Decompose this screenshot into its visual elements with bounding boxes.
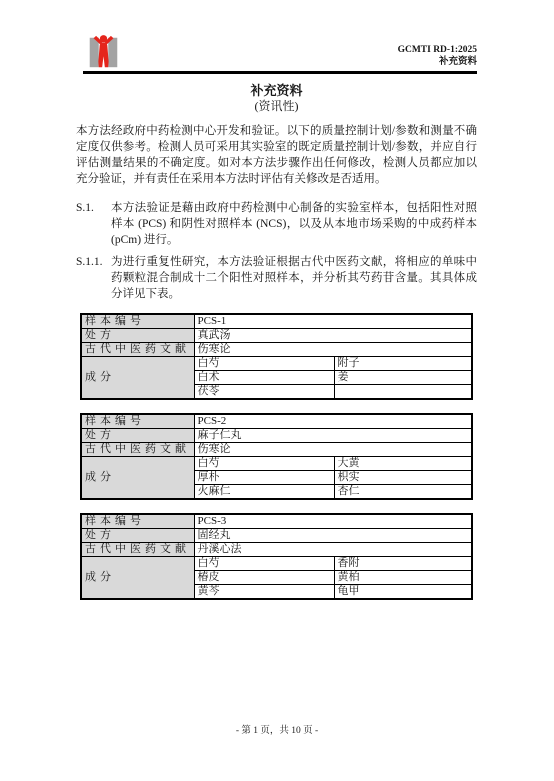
value-prescription: 真武汤 [194,328,472,342]
page-number-footer: - 第 1 页，共 10 页 - [0,722,554,736]
ingredient-cell [334,384,472,399]
ingredient-cell: 枳实 [334,470,472,484]
value-literature: 伤寒论 [194,442,472,456]
value-sample-no: PCS-2 [194,414,472,429]
ingredient-cell: 大黄 [334,456,472,470]
value-literature: 丹溪心法 [194,542,472,556]
sample-table-pcs1: 样本编号 PCS-1 处方 真武汤 古代中医药文献 伤寒论 成分 白芍 附子 白… [80,313,473,400]
section-number: S.1. [76,200,111,248]
table-row: 样本编号 PCS-3 [81,514,472,529]
table-row: 成分 白芍 附子 [81,356,472,370]
ingredient-cell: 黄芩 [194,584,334,599]
value-literature: 伤寒论 [194,342,472,356]
table-row: 处方 麻子仁丸 [81,428,472,442]
label-prescription: 处方 [81,328,194,342]
ingredient-cell: 姜 [334,370,472,384]
value-sample-no: PCS-3 [194,514,472,529]
value-prescription: 麻子仁丸 [194,428,472,442]
ingredient-cell: 椿皮 [194,570,334,584]
header-doc-info: GCMTI RD-1:2025 补充资料 [398,45,477,68]
header-doc-ref: GCMTI RD-1:2025 [398,45,477,57]
table-row: 成分 白芍 香附 [81,556,472,570]
label-prescription: 处方 [81,428,194,442]
section-text: 本方法验证是藉由政府中药检测中心制备的实验室样本，包括阳性对照样本 (PCS) … [111,200,477,248]
ingredient-cell: 白芍 [194,556,334,570]
ingredient-cell: 白术 [194,370,334,384]
label-literature: 古代中医药文献 [81,542,194,556]
label-sample-no: 样本编号 [81,514,194,529]
table-row: 样本编号 PCS-1 [81,314,472,329]
section-text: 为进行重复性研究，本方法验证根据古代中医药文献，将相应的单味中药颗粒混合制成十二… [111,254,477,302]
sample-table-pcs3: 样本编号 PCS-3 处方 固经丸 古代中医药文献 丹溪心法 成分 白芍 香附 … [80,513,473,600]
gcmti-logo-icon [88,33,119,71]
label-ingredients: 成分 [81,456,194,499]
table-row: 处方 固经丸 [81,528,472,542]
page-subtitle: (资讯性) [76,99,477,113]
ingredient-cell: 厚朴 [194,470,334,484]
ingredient-cell: 白芍 [194,356,334,370]
label-sample-no: 样本编号 [81,414,194,429]
value-prescription: 固经丸 [194,528,472,542]
ingredient-cell: 龟甲 [334,584,472,599]
ingredient-cell: 茯苓 [194,384,334,399]
ingredient-cell: 杏仁 [334,484,472,499]
label-ingredients: 成分 [81,356,194,399]
table-row: 样本编号 PCS-2 [81,414,472,429]
sample-table-pcs2: 样本编号 PCS-2 处方 麻子仁丸 古代中医药文献 伤寒论 成分 白芍 大黄 … [80,413,473,500]
page-content: GCMTI RD-1:2025 补充资料 补充资料 (资讯性) 本方法经政府中药… [0,0,554,600]
table-row: 古代中医药文献 丹溪心法 [81,542,472,556]
section-s11: S.1.1. 为进行重复性研究，本方法验证根据古代中医药文献，将相应的单味中药颗… [76,254,477,302]
section-number: S.1.1. [76,254,111,302]
intro-paragraph: 本方法经政府中药检测中心开发和验证。以下的质量控制计划/参数和测量不确定度仅供参… [76,123,477,187]
table-row: 古代中医药文献 伤寒论 [81,342,472,356]
header-doc-type: 补充资料 [398,57,477,69]
header-divider [83,71,477,74]
page-header: GCMTI RD-1:2025 补充资料 [88,33,477,71]
label-ingredients: 成分 [81,556,194,599]
ingredient-cell: 黄柏 [334,570,472,584]
ingredient-cell: 附子 [334,356,472,370]
label-literature: 古代中医药文献 [81,442,194,456]
table-row: 处方 真武汤 [81,328,472,342]
page-title: 补充资料 [76,83,477,98]
value-sample-no: PCS-1 [194,314,472,329]
document-page: GCMTI RD-1:2025 补充资料 补充资料 (资讯性) 本方法经政府中药… [0,0,554,781]
label-prescription: 处方 [81,528,194,542]
ingredient-cell: 白芍 [194,456,334,470]
label-literature: 古代中医药文献 [81,342,194,356]
table-row: 成分 白芍 大黄 [81,456,472,470]
ingredient-cell: 香附 [334,556,472,570]
ingredient-cell: 火麻仁 [194,484,334,499]
table-row: 古代中医药文献 伤寒论 [81,442,472,456]
label-sample-no: 样本编号 [81,314,194,329]
section-s1: S.1. 本方法验证是藉由政府中药检测中心制备的实验室样本，包括阳性对照样本 (… [76,200,477,248]
